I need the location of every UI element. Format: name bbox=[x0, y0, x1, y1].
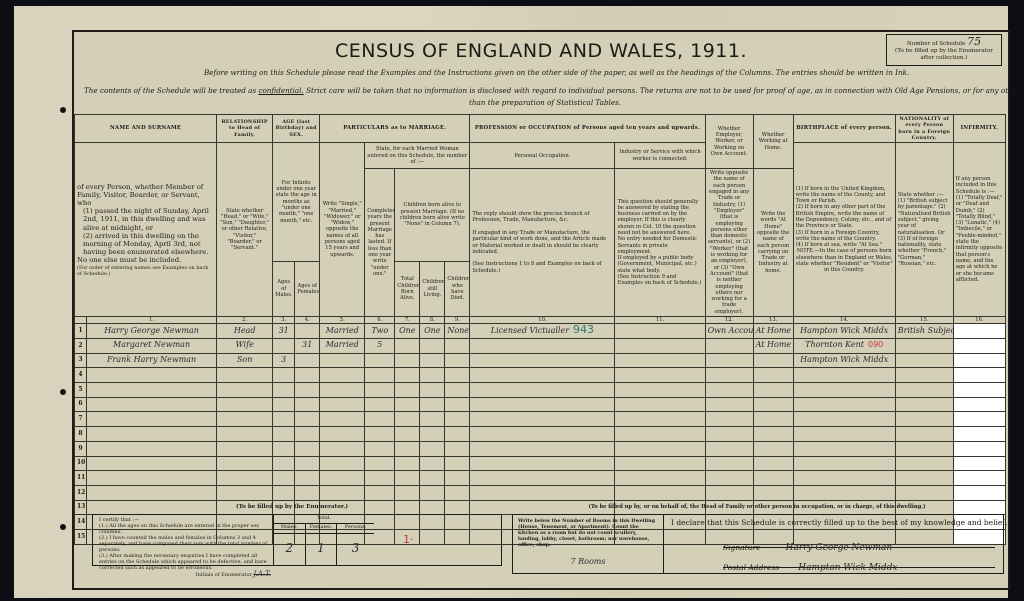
cell-industry bbox=[615, 427, 705, 442]
postal-address-label: Postal Address bbox=[723, 563, 779, 572]
row-number: 8 bbox=[75, 427, 87, 442]
cell-died bbox=[445, 353, 470, 368]
confidentiality-line: The contents of the Schedule will be tre… bbox=[84, 86, 1024, 95]
cell-birthplace bbox=[793, 427, 895, 442]
cell-infirmity bbox=[953, 412, 1005, 427]
cell-status bbox=[320, 383, 365, 398]
cell-relationship bbox=[217, 368, 273, 383]
cell-living bbox=[420, 427, 445, 442]
cell-age-f bbox=[295, 427, 320, 442]
cell-nationality bbox=[895, 383, 953, 398]
total-males: 2 bbox=[274, 534, 306, 565]
cell-age-f bbox=[295, 324, 320, 339]
cell-died bbox=[445, 441, 470, 456]
cell-occupation bbox=[470, 441, 615, 456]
cell-birthplace bbox=[793, 397, 895, 412]
confidentiality-line-2: than the preparation of Statistical Tabl… bbox=[469, 98, 621, 107]
cell-years bbox=[365, 368, 395, 383]
cell-age-f bbox=[295, 485, 320, 500]
cell-total bbox=[395, 353, 420, 368]
occupation-code: 943 bbox=[573, 324, 594, 336]
cell-at-home bbox=[753, 427, 793, 442]
name-header: NAME AND SURNAME bbox=[75, 115, 217, 143]
personal-occupation-header: Personal Occupation. bbox=[470, 143, 615, 169]
cell-total bbox=[395, 427, 420, 442]
cell-relationship bbox=[217, 471, 273, 486]
cell-at-home bbox=[753, 397, 793, 412]
cell-industry bbox=[615, 324, 705, 339]
marital-status-instructions: Write "Single," "Married," "Widower," or… bbox=[320, 143, 365, 317]
profession-header: PROFESSION or OCCUPATION of Persons aged… bbox=[470, 115, 705, 143]
binder-hole bbox=[60, 107, 66, 113]
cell-at-home bbox=[753, 485, 793, 500]
red-checkmark: 1· bbox=[403, 533, 414, 546]
cell-age-f bbox=[295, 397, 320, 412]
cell-died bbox=[445, 412, 470, 427]
cell-industry bbox=[615, 441, 705, 456]
cell-age-m bbox=[273, 368, 295, 383]
cell-birthplace: Hampton Wick Middx bbox=[793, 353, 895, 368]
cell-industry bbox=[615, 485, 705, 500]
row-number: 2 bbox=[75, 339, 87, 354]
married-woman-header: State, for each Married Woman entered on… bbox=[365, 143, 470, 169]
enumerator-certificate: I certify that :— (1.) All the ages on t… bbox=[92, 514, 502, 566]
row-number: 5 bbox=[75, 383, 87, 398]
birthplace-instructions: (1) If born in the United Kingdom, write… bbox=[793, 143, 895, 317]
cell-infirmity bbox=[953, 471, 1005, 486]
infirmity-instructions: If any person included in this Schedule … bbox=[953, 143, 1005, 317]
cell-infirmity bbox=[953, 339, 1005, 354]
cell-years bbox=[365, 456, 395, 471]
schedule-frame: CENSUS OF ENGLAND AND WALES, 1911. Befor… bbox=[72, 30, 1010, 590]
total-persons: 3 bbox=[337, 534, 374, 565]
cell-total bbox=[395, 383, 420, 398]
table-row: 10 bbox=[75, 456, 1006, 471]
cell-died bbox=[445, 471, 470, 486]
cell-industry bbox=[615, 397, 705, 412]
cell-total: One bbox=[395, 324, 420, 339]
row-number: 7 bbox=[75, 412, 87, 427]
cell-at-home bbox=[753, 412, 793, 427]
cell-occupation bbox=[470, 456, 615, 471]
cell-name bbox=[87, 485, 217, 500]
cell-name bbox=[87, 412, 217, 427]
total-females: 1 bbox=[306, 534, 338, 565]
cell-occupation bbox=[470, 353, 615, 368]
cell-status: Married bbox=[320, 339, 365, 354]
enumerator-initials: J.A.T. bbox=[253, 570, 271, 578]
cell-age-f bbox=[295, 383, 320, 398]
cell-name bbox=[87, 456, 217, 471]
cell-age-f bbox=[295, 471, 320, 486]
table-row: 11 bbox=[75, 471, 1006, 486]
cell-total bbox=[395, 456, 420, 471]
row-number: 9 bbox=[75, 441, 87, 456]
cell-total bbox=[395, 412, 420, 427]
age-header: AGE (last Birthday) and SEX. bbox=[273, 115, 320, 143]
cell-infirmity bbox=[953, 383, 1005, 398]
age-females-header: Ages of Females. bbox=[295, 261, 320, 316]
cell-employer bbox=[705, 441, 753, 456]
totals-box: Total. Males. Females. Persons. 2 1 3 bbox=[273, 515, 374, 565]
cell-status: Married bbox=[320, 324, 365, 339]
cell-age-m bbox=[273, 383, 295, 398]
cell-died bbox=[445, 427, 470, 442]
cell-occupation bbox=[470, 471, 615, 486]
cell-occupation bbox=[470, 339, 615, 354]
cell-relationship bbox=[217, 412, 273, 427]
cell-years bbox=[365, 427, 395, 442]
row-number: 4 bbox=[75, 368, 87, 383]
cell-infirmity bbox=[953, 456, 1005, 471]
rooms-box: Write below the Number of Rooms in this … bbox=[513, 515, 664, 573]
cell-employer bbox=[705, 383, 753, 398]
cell-years bbox=[365, 441, 395, 456]
cell-infirmity bbox=[953, 368, 1005, 383]
binder-hole bbox=[60, 524, 66, 530]
cell-name: Harry George Newman bbox=[87, 324, 217, 339]
cell-nationality bbox=[895, 456, 953, 471]
signature-label: Signature bbox=[723, 543, 761, 552]
document-title: CENSUS OF ENGLAND AND WALES, 1911. bbox=[74, 40, 1008, 62]
cell-industry bbox=[615, 383, 705, 398]
employer-instructions: Write opposite the name of each person e… bbox=[705, 169, 753, 317]
cell-at-home bbox=[753, 471, 793, 486]
cell-years bbox=[365, 412, 395, 427]
cell-nationality bbox=[895, 427, 953, 442]
head-section-heading: (To be filled up by, or on behalf of, th… bbox=[510, 504, 1004, 510]
cell-birthplace bbox=[793, 485, 895, 500]
cell-total bbox=[395, 339, 420, 354]
cell-relationship bbox=[217, 456, 273, 471]
table-row: 9 bbox=[75, 441, 1006, 456]
cell-status bbox=[320, 427, 365, 442]
cell-name bbox=[87, 397, 217, 412]
cell-employer bbox=[705, 456, 753, 471]
schedule-number-value: 75 bbox=[967, 35, 981, 48]
cell-nationality bbox=[895, 441, 953, 456]
cell-at-home: At Home bbox=[753, 339, 793, 354]
cell-employer bbox=[705, 368, 753, 383]
cell-living bbox=[420, 412, 445, 427]
children-born-header: Children born alive to present Marriage.… bbox=[395, 169, 470, 261]
cell-occupation bbox=[470, 427, 615, 442]
rooms-value: 7 Rooms bbox=[513, 557, 663, 566]
cell-age-m bbox=[273, 456, 295, 471]
cell-living bbox=[420, 353, 445, 368]
relationship-instructions: State whether "Head," or "Wife," "Son," … bbox=[217, 143, 273, 317]
cell-name bbox=[87, 427, 217, 442]
cell-infirmity bbox=[953, 353, 1005, 368]
table-row: 5 bbox=[75, 383, 1006, 398]
birthplace-header: BIRTHPLACE of every person. bbox=[793, 115, 895, 143]
cell-died bbox=[445, 368, 470, 383]
infirmity-header: INFIRMITY. bbox=[953, 115, 1005, 143]
enumerator-heading: (To be filled up by the Enumerator.) bbox=[74, 504, 510, 510]
table-row: 12 bbox=[75, 485, 1006, 500]
cell-total bbox=[395, 441, 420, 456]
cell-employer bbox=[705, 485, 753, 500]
cell-nationality bbox=[895, 339, 953, 354]
cell-years bbox=[365, 485, 395, 500]
cell-status bbox=[320, 368, 365, 383]
cell-living bbox=[420, 456, 445, 471]
cell-nationality bbox=[895, 485, 953, 500]
cell-living bbox=[420, 397, 445, 412]
cell-occupation bbox=[470, 412, 615, 427]
cell-at-home bbox=[753, 353, 793, 368]
name-instructions: of every Person, whether Member of Famil… bbox=[75, 143, 217, 317]
cell-employer bbox=[705, 412, 753, 427]
cell-relationship bbox=[217, 485, 273, 500]
declaration-text: I declare that this Schedule is correctl… bbox=[671, 518, 1007, 527]
cell-birthplace: Thornton Kent090 bbox=[793, 339, 895, 354]
cell-status bbox=[320, 471, 365, 486]
census-schedule-page: CENSUS OF ENGLAND AND WALES, 1911. Befor… bbox=[14, 6, 1008, 598]
cell-died bbox=[445, 397, 470, 412]
cell-nationality bbox=[895, 471, 953, 486]
cell-industry bbox=[615, 471, 705, 486]
row-number: 1 bbox=[75, 324, 87, 339]
table-row: 8 bbox=[75, 427, 1006, 442]
at-home-instructions: Write the words "At Home" opposite the n… bbox=[753, 169, 793, 317]
cell-age-m: 3 bbox=[273, 353, 295, 368]
cell-status bbox=[320, 353, 365, 368]
cell-living: One bbox=[420, 324, 445, 339]
cell-occupation bbox=[470, 397, 615, 412]
cell-occupation bbox=[470, 485, 615, 500]
cell-relationship bbox=[217, 441, 273, 456]
industry-instructions: This question should generally be answer… bbox=[615, 169, 705, 317]
cell-nationality bbox=[895, 412, 953, 427]
cell-age-m bbox=[273, 397, 295, 412]
cell-infirmity bbox=[953, 427, 1005, 442]
cell-nationality bbox=[895, 397, 953, 412]
cell-age-m bbox=[273, 441, 295, 456]
cell-nationality bbox=[895, 368, 953, 383]
cell-living bbox=[420, 441, 445, 456]
table-row: 2Margaret NewmanWife31Married5At HomeTho… bbox=[75, 339, 1006, 354]
cell-status bbox=[320, 441, 365, 456]
cell-died: None bbox=[445, 324, 470, 339]
cell-age-f bbox=[295, 456, 320, 471]
cell-name bbox=[87, 383, 217, 398]
cell-birthplace bbox=[793, 412, 895, 427]
row-number: 11 bbox=[75, 471, 87, 486]
column-number-row: 1. 2. 3. 4. 5. 6. 7. 8. 9. 10. 11. 12. 1… bbox=[75, 317, 1006, 324]
cell-employer bbox=[705, 427, 753, 442]
cell-living bbox=[420, 383, 445, 398]
years-married-header: Completed years the present Marriage has… bbox=[365, 169, 395, 317]
table-row: 3Frank Harry NewmanSon3Hampton Wick Midd… bbox=[75, 353, 1006, 368]
cell-infirmity bbox=[953, 441, 1005, 456]
cell-occupation bbox=[470, 368, 615, 383]
cell-living bbox=[420, 368, 445, 383]
row-number: 10 bbox=[75, 456, 87, 471]
age-instructions: For Infants under one year state the age… bbox=[273, 143, 320, 261]
cell-died bbox=[445, 456, 470, 471]
at-home-header: Whether Working at Home. bbox=[753, 115, 793, 169]
cell-age-f bbox=[295, 441, 320, 456]
cell-living bbox=[420, 339, 445, 354]
cell-status bbox=[320, 456, 365, 471]
cell-years bbox=[365, 353, 395, 368]
table-row: 7 bbox=[75, 412, 1006, 427]
cell-age-f: 31 bbox=[295, 339, 320, 354]
cell-industry bbox=[615, 412, 705, 427]
personal-occupation-instructions: The reply should show the precise branch… bbox=[470, 169, 615, 317]
cell-years bbox=[365, 471, 395, 486]
cell-age-m bbox=[273, 412, 295, 427]
cell-age-m bbox=[273, 485, 295, 500]
cell-age-f bbox=[295, 353, 320, 368]
cell-employer bbox=[705, 353, 753, 368]
cell-at-home bbox=[753, 456, 793, 471]
cell-name: Frank Harry Newman bbox=[87, 353, 217, 368]
still-living-header: Children still Living. bbox=[420, 261, 445, 316]
cell-age-f bbox=[295, 368, 320, 383]
cell-birthplace bbox=[793, 368, 895, 383]
nationality-instructions: State whether :— (1) "British subject by… bbox=[895, 143, 953, 317]
cell-relationship bbox=[217, 397, 273, 412]
row-number: 3 bbox=[75, 353, 87, 368]
cell-died bbox=[445, 383, 470, 398]
cell-industry bbox=[615, 339, 705, 354]
cell-name bbox=[87, 471, 217, 486]
cell-total bbox=[395, 368, 420, 383]
cell-living bbox=[420, 471, 445, 486]
relationship-header: RELATIONSHIP to Head of Family. bbox=[217, 115, 273, 143]
cell-employer: Own Account bbox=[705, 324, 753, 339]
cell-age-m: 31 bbox=[273, 324, 295, 339]
total-born-header: Total Children Born Alive. bbox=[395, 261, 420, 316]
cell-birthplace bbox=[793, 383, 895, 398]
cell-name bbox=[87, 368, 217, 383]
cell-age-m bbox=[273, 471, 295, 486]
cell-years: Two bbox=[365, 324, 395, 339]
instruction-line: Before writing on this Schedule please r… bbox=[204, 68, 909, 77]
cell-birthplace: Hampton Wick Middx bbox=[793, 324, 895, 339]
cell-nationality: British Subject bbox=[895, 324, 953, 339]
cell-living bbox=[420, 485, 445, 500]
binder-hole bbox=[60, 389, 66, 395]
cell-total bbox=[395, 397, 420, 412]
cell-employer bbox=[705, 397, 753, 412]
cell-total bbox=[395, 471, 420, 486]
cell-total bbox=[395, 485, 420, 500]
cell-relationship: Son bbox=[217, 353, 273, 368]
employer-header: Whether Employer, Worker, or Working on … bbox=[705, 115, 753, 169]
cell-status bbox=[320, 485, 365, 500]
cell-died bbox=[445, 339, 470, 354]
cell-years: 5 bbox=[365, 339, 395, 354]
cell-infirmity bbox=[953, 324, 1005, 339]
cell-name bbox=[87, 441, 217, 456]
census-table: NAME AND SURNAME RELATIONSHIP to Head of… bbox=[74, 114, 1006, 545]
cell-infirmity bbox=[953, 485, 1005, 500]
cell-occupation bbox=[470, 383, 615, 398]
schedule-number-box: Number of Schedule 75 (To be filled up b… bbox=[886, 34, 1002, 66]
cell-industry bbox=[615, 353, 705, 368]
cell-nationality bbox=[895, 353, 953, 368]
cell-age-f bbox=[295, 412, 320, 427]
cell-relationship: Wife bbox=[217, 339, 273, 354]
cell-at-home: At Home bbox=[753, 324, 793, 339]
confidential-word: confidential. bbox=[258, 86, 303, 95]
cell-status bbox=[320, 397, 365, 412]
industry-header: Industry or Service with which worker is… bbox=[615, 143, 705, 169]
table-row: 6 bbox=[75, 397, 1006, 412]
have-died-header: Children who have Died. bbox=[445, 261, 470, 316]
nationality-header: NATIONALITY of every Person born in a Fo… bbox=[895, 115, 953, 143]
cell-at-home bbox=[753, 441, 793, 456]
cell-name: Margaret Newman bbox=[87, 339, 217, 354]
marriage-header: PARTICULARS as to MARRIAGE. bbox=[320, 115, 470, 143]
cell-relationship bbox=[217, 427, 273, 442]
cell-birthplace bbox=[793, 471, 895, 486]
birthplace-code: 090 bbox=[868, 340, 883, 349]
age-males-header: Ages of Males. bbox=[273, 261, 295, 316]
postal-address-value: Hampton Wick Middx bbox=[798, 563, 897, 573]
cell-occupation: Licensed Victualler943 bbox=[470, 324, 615, 339]
cell-status bbox=[320, 412, 365, 427]
cell-birthplace bbox=[793, 441, 895, 456]
cell-age-m bbox=[273, 339, 295, 354]
cell-industry bbox=[615, 368, 705, 383]
cell-relationship bbox=[217, 383, 273, 398]
cell-age-m bbox=[273, 427, 295, 442]
row-number: 12 bbox=[75, 485, 87, 500]
cell-infirmity bbox=[953, 397, 1005, 412]
table-row: 4 bbox=[75, 368, 1006, 383]
cell-relationship: Head bbox=[217, 324, 273, 339]
cell-birthplace bbox=[793, 456, 895, 471]
cell-employer bbox=[705, 471, 753, 486]
cell-died bbox=[445, 485, 470, 500]
cell-years bbox=[365, 397, 395, 412]
enumerator-section: (To be filled up by the Enumerator.) I c… bbox=[74, 500, 510, 586]
cell-at-home bbox=[753, 383, 793, 398]
row-number: 6 bbox=[75, 397, 87, 412]
cell-employer bbox=[705, 339, 753, 354]
cell-industry bbox=[615, 456, 705, 471]
cell-years bbox=[365, 383, 395, 398]
head-of-family-section: (To be filled up by, or on behalf of, th… bbox=[510, 500, 1004, 586]
cell-at-home bbox=[753, 368, 793, 383]
signature-value: Harry George Newman bbox=[786, 543, 893, 553]
table-row: 1Harry George NewmanHead31MarriedTwoOneO… bbox=[75, 324, 1006, 339]
